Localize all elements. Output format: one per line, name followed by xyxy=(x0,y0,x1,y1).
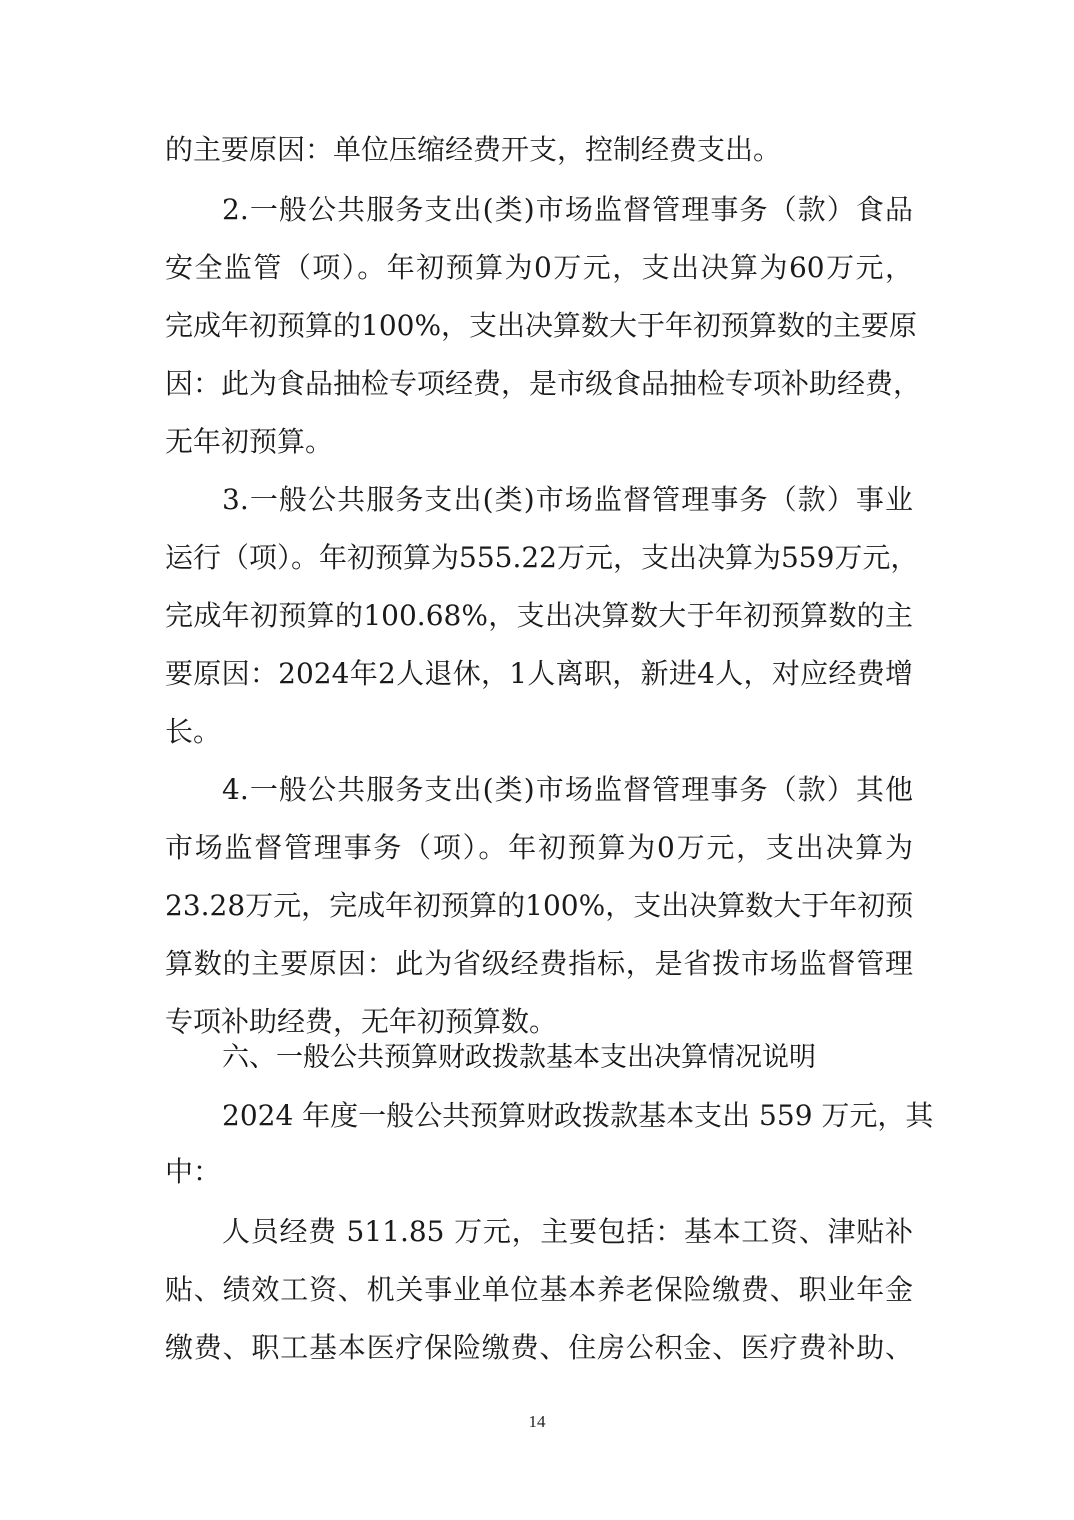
paragraph-line: 中： xyxy=(165,1152,913,1192)
paragraph-line: 完成年初预算的100.68%，支出决算数大于年初预算数的主 xyxy=(165,596,913,636)
paragraph-line: 无年初预算。 xyxy=(165,422,913,462)
paragraph-line: 23.28万元，完成年初预算的100%，支出决算数大于年初预 xyxy=(165,886,913,926)
paragraph-line: 因：此为食品抽检专项经费，是市级食品抽检专项补助经费， xyxy=(165,364,913,404)
paragraph-line: 4.一般公共服务支出(类)市场监督管理事务（款）其他 xyxy=(222,770,913,810)
page-number: 14 xyxy=(0,1412,1074,1432)
paragraph-line: 2.一般公共服务支出(类)市场监督管理事务（款）食品 xyxy=(222,190,913,230)
paragraph-line: 完成年初预算的100%，支出决算数大于年初预算数的主要原 xyxy=(165,306,913,346)
paragraph-line: 专项补助经费，无年初预算数。 xyxy=(165,1002,913,1042)
paragraph-line: 贴、绩效工资、机关事业单位基本养老保险缴费、职业年金 xyxy=(165,1270,913,1310)
document-page: 的主要原因：单位压缩经费开支，控制经费支出。 2.一般公共服务支出(类)市场监督… xyxy=(0,0,1074,1520)
paragraph-line: 安全监管（项）。年初预算为0万元，支出决算为60万元， xyxy=(165,248,913,288)
section-heading: 六、一般公共预算财政拨款基本支出决算情况说明 xyxy=(222,1038,816,1078)
paragraph-line: 长。 xyxy=(165,712,913,752)
paragraph-line: 市场监督管理事务（项）。年初预算为0万元，支出决算为 xyxy=(165,828,913,868)
paragraph-line: 的主要原因：单位压缩经费开支，控制经费支出。 xyxy=(165,130,913,170)
paragraph-line: 缴费、职工基本医疗保险缴费、住房公积金、医疗费补助、 xyxy=(165,1328,913,1368)
paragraph-line: 2024 年度一般公共预算财政拨款基本支出 559 万元，其 xyxy=(222,1096,913,1136)
paragraph-line: 3.一般公共服务支出(类)市场监督管理事务（款）事业 xyxy=(222,480,913,520)
paragraph-line: 人员经费 511.85 万元，主要包括：基本工资、津贴补 xyxy=(222,1212,913,1252)
paragraph-line: 算数的主要原因：此为省级经费指标，是省拨市场监督管理 xyxy=(165,944,913,984)
paragraph-line: 要原因：2024年2人退休，1人离职，新进4人，对应经费增 xyxy=(165,654,913,694)
paragraph-line: 运行（项）。年初预算为555.22万元，支出决算为559万元， xyxy=(165,538,913,578)
